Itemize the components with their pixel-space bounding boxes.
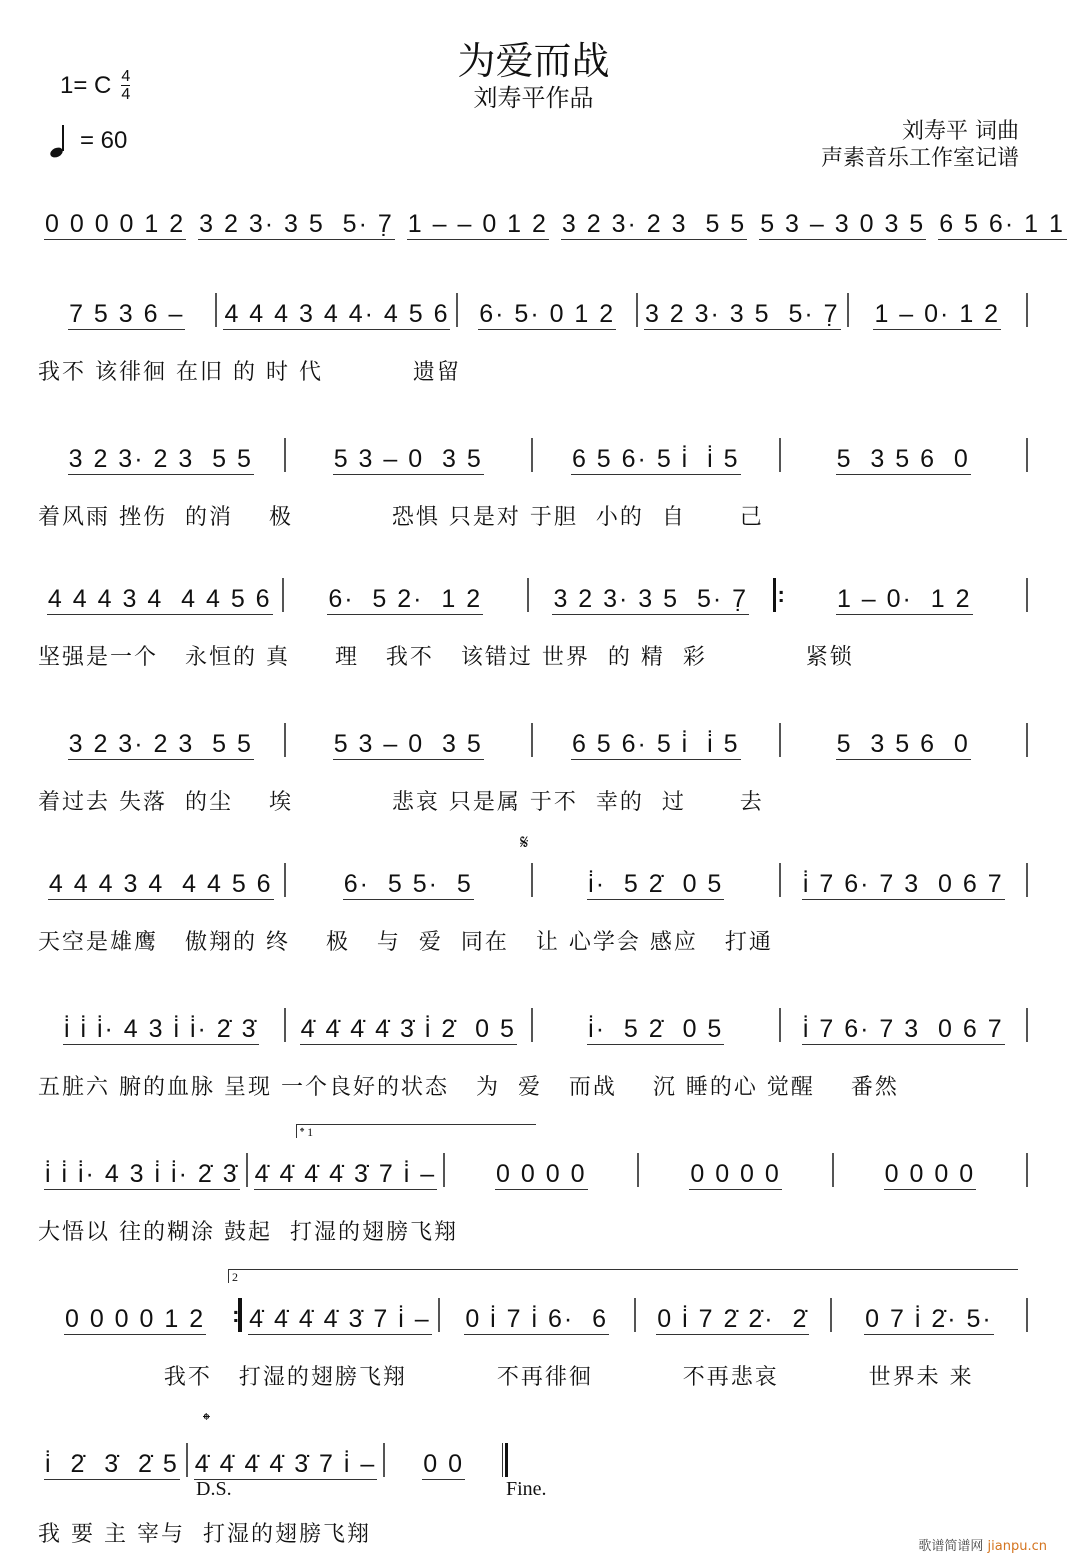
lyrics-line: 我 要 主 宰与 打湿的翅膀飞翔: [38, 1512, 508, 1552]
tempo-value: = 60: [80, 127, 127, 155]
measure: 0 0 0 0 1 2: [38, 200, 192, 240]
barline: [1026, 723, 1028, 757]
measure: 4̇ 4̇ 4̇ 4̇ 3̇ 7 i̇ –: [248, 1150, 444, 1190]
measure-notes: 0 i̇ 7 2̇ 2̇· 2̇: [656, 1304, 809, 1335]
measure-notes: i̇· 5 2̇ 0 5: [587, 1014, 724, 1045]
measure-notes: 4 4 4 3 4 4 4 5 6: [47, 584, 273, 615]
score-system: 0 0 0 0 1 24̇ 4̇ 4̇ 4̇ 3̇ 7 i̇ –0 i̇ 7 i…: [38, 1295, 1028, 1395]
measure-notes: 4̇ 4̇ 4̇ 4̇ 3̇ 7 i̇ –: [194, 1449, 378, 1480]
measure-notes: 6· 5· 0 1 2: [478, 299, 616, 330]
measure: 6 5 6· 5 i̇ i̇ 5: [533, 435, 779, 475]
lyrics-line: 着过去 失落 的尘 埃 悲哀 只是属 于不 幸的 过 去: [38, 780, 1028, 820]
lyrics-line: 我不 该徘徊 在旧 的 时 代 遗留: [38, 350, 1028, 390]
watermark: 歌谱简谱网 jianpu.cn: [918, 1535, 1047, 1554]
staff-line: 4 4 4 3 4 4 4 5 66· 5 5· 5i̇· 5 2̇ 0 5i̇…: [38, 860, 1028, 900]
measure: 0 7 i̇ 2̇· 5·: [832, 1295, 1026, 1335]
tempo-marking: = 60: [50, 125, 127, 157]
staff-line: i̇ 2̇ 3̇ 2̇ 54̇ 4̇ 4̇ 4̇ 3̇ 7 i̇ –0 0: [38, 1440, 508, 1480]
barline: [773, 578, 783, 612]
barline: [232, 1298, 242, 1332]
measure: 6· 5 2· 1 2: [284, 575, 528, 615]
staff-line: 4 4 4 3 4 4 4 5 66· 5 2· 1 23 2 3· 3 5 5…: [38, 575, 1028, 615]
staff-line: 7 5 3 6 –4 4 4 3 4 4· 4 5 66· 5· 0 1 23 …: [38, 290, 1028, 330]
barline: [1026, 863, 1028, 897]
measure: 4 4 4 3 4 4 4 5 6: [38, 860, 284, 900]
measure: 3 2 3· 3 5 5· 7̣: [638, 290, 847, 330]
score-system: i̇ i̇ i̇· 4 3 i̇ i̇· 2̇ 3̇4̇ 4̇ 4̇ 4̇ 3̇…: [38, 1150, 1028, 1250]
measure-notes: i̇ i̇ i̇· 4 3 i̇ i̇· 2̇ 3̇: [63, 1014, 259, 1045]
measure-notes: 6 5 6· 1 1 –: [938, 209, 1067, 240]
score-system: 4 4 4 3 4 4 4 5 66· 5 5· 5i̇· 5 2̇ 0 5i̇…: [38, 860, 1028, 960]
score-system: 3 2 3· 2 3 5 55 3 – 0 3 56 5 6· 5 i̇ i̇ …: [38, 435, 1028, 535]
measure-notes: 4 4 4 3 4 4 4 5 6: [48, 869, 274, 900]
measure-notes: i̇ 7 6· 7 3 0 6 7: [802, 1014, 1005, 1045]
barline: [1026, 438, 1028, 472]
fine-label: Fine.: [506, 1478, 547, 1501]
measure-notes: 4̇ 4̇ 4̇ 4̇ 3̇ 7 i̇ –: [248, 1304, 432, 1335]
staff-line: i̇ i̇ i̇· 4 3 i̇ i̇· 2̇ 3̇4̇ 4̇ 4̇ 4̇ 3̇…: [38, 1005, 1028, 1045]
measure-notes: 0 i̇ 7 i̇ 6· 6: [464, 1304, 609, 1335]
measure: 5 3 – 0 3 5: [286, 435, 532, 475]
measure-notes: 0 0: [422, 1449, 465, 1480]
measure: 0 0: [385, 1440, 502, 1480]
measure-notes: 1 – 0· 1 2: [836, 584, 973, 615]
measure: 7 5 3 6 –: [38, 290, 215, 330]
measure: 1 – – 0 1 2: [401, 200, 555, 240]
final-barline: [502, 1443, 508, 1477]
measure: 0 0 0 0: [639, 1150, 831, 1190]
measure-notes: i̇· 5 2̇ 0 5: [587, 869, 724, 900]
measure: 0 0 0 0 1 2: [38, 1295, 232, 1335]
measure: 4̇ 4̇ 4̇ 4̇ 3̇ i̇ 2̇ 0 5: [286, 1005, 532, 1045]
measure: 4̇ 4̇ 4̇ 4̇ 3̇ 7 i̇ –: [188, 1440, 384, 1480]
measure-notes: 1 – 0· 1 2: [873, 299, 1001, 330]
lyrics-line: 坚强是一个 永恒的 真 理 我不 该错过 世界 的 精 彩 紧锁: [38, 635, 1028, 675]
lyrics-line: 着风雨 挫伤 的消 极 恐惧 只是对 于胆 小的 自 己: [38, 495, 1028, 535]
measure: 6· 5· 0 1 2: [458, 290, 635, 330]
barline: [1026, 293, 1028, 327]
measure-notes: 5 3 – 0 3 5: [333, 729, 484, 760]
measure-notes: 3 2 3· 2 3 5 5: [561, 209, 747, 240]
score-system: i̇ i̇ i̇· 4 3 i̇ i̇· 2̇ 3̇4̇ 4̇ 4̇ 4̇ 3̇…: [38, 1005, 1028, 1105]
credit-composer: 刘寿平 词曲: [821, 118, 1019, 145]
measure: 4 4 4 3 4 4 4 5 6: [38, 575, 282, 615]
key-label: 1= C: [60, 72, 111, 100]
dal-segno-label: D.S.: [196, 1478, 232, 1501]
measure-notes: i̇ 7 6· 7 3 0 6 7: [802, 869, 1005, 900]
staff-line: i̇ i̇ i̇· 4 3 i̇ i̇· 2̇ 3̇4̇ 4̇ 4̇ 4̇ 3̇…: [38, 1150, 1028, 1190]
volta-bracket-1: 𝄌 1: [296, 1124, 536, 1138]
volta-bracket-2: 2: [228, 1269, 1018, 1283]
measure-notes: 7 5 3 6 –: [68, 299, 185, 330]
barline: [1026, 1008, 1028, 1042]
measure-notes: 4̇ 4̇ 4̇ 4̇ 3̇ 7 i̇ –: [254, 1159, 438, 1190]
measure: 3 2 3· 2 3 5 5: [38, 435, 284, 475]
lyrics-line: 我不 打湿的翅膀飞翔 不再徘徊 不再悲哀 世界未 来: [38, 1355, 1028, 1395]
measure-notes: 6· 5 2· 1 2: [327, 584, 483, 615]
measure-notes: 0 0 0 0: [689, 1159, 781, 1190]
barline: [1026, 1298, 1028, 1332]
time-signature: 4 4: [121, 68, 130, 103]
measure: 6 5 6· 5 i̇ i̇ 5: [533, 720, 779, 760]
measure-notes: 3 2 3· 3 5 5· 7̣: [552, 584, 749, 615]
measure: 3 2 3· 2 3 5 5: [38, 720, 284, 760]
measure: 5 3 5 6 0: [781, 720, 1027, 760]
measure: i̇ 7 6· 7 3 0 6 7: [781, 860, 1027, 900]
measure-notes: 0 0 0 0: [495, 1159, 587, 1190]
measure: i̇ i̇ i̇· 4 3 i̇ i̇· 2̇ 3̇: [38, 1005, 284, 1045]
barline: [1026, 1153, 1028, 1187]
measure: 0 i̇ 7 i̇ 6· 6: [440, 1295, 634, 1335]
measure-notes: 3 2 3· 2 3 5 5: [68, 729, 254, 760]
measure: 6 5 6· 1 1 –: [932, 200, 1067, 240]
staff-line: 0 0 0 0 1 24̇ 4̇ 4̇ 4̇ 3̇ 7 i̇ –0 i̇ 7 i…: [38, 1295, 1028, 1335]
measure: 5 3 – 0 3 5: [286, 720, 532, 760]
measure-notes: 0 7 i̇ 2̇· 5·: [864, 1304, 994, 1335]
measure-notes: 5 3 5 6 0: [836, 444, 971, 475]
credits: 刘寿平 词曲 声素音乐工作室记谱: [821, 118, 1019, 172]
coda-sign: 𝄌: [203, 1410, 210, 1433]
measure-notes: 6· 5 5· 5: [343, 869, 474, 900]
song-title: 为爱而战: [0, 30, 1067, 85]
measure-notes: 3 2 3· 3 5 5· 7̣: [644, 299, 841, 330]
measure: 0 i̇ 7 2̇ 2̇· 2̇: [636, 1295, 830, 1335]
measure-notes: 0 0 0 0 1 2: [64, 1304, 206, 1335]
staff-line: 3 2 3· 2 3 5 55 3 – 0 3 56 5 6· 5 i̇ i̇ …: [38, 435, 1028, 475]
lyrics-line: 大悟以 往的糊涂 鼓起 打湿的翅膀飞翔: [38, 1210, 1028, 1250]
score-system: 4 4 4 3 4 4 4 5 66· 5 2· 1 23 2 3· 3 5 5…: [38, 575, 1028, 675]
measure-notes: 1 – – 0 1 2: [407, 209, 549, 240]
measure-notes: 6 5 6· 5 i̇ i̇ 5: [571, 729, 741, 760]
measure: 3 2 3· 3 5 5· 7̣: [192, 200, 401, 240]
measure: 3 2 3· 2 3 5 5: [555, 200, 753, 240]
measure: 1 – 0· 1 2: [849, 290, 1026, 330]
measure: 5 3 5 6 0: [781, 435, 1027, 475]
measure-notes: i̇ i̇ i̇· 4 3 i̇ i̇· 2̇ 3̇: [44, 1159, 240, 1190]
measure-notes: 5 3 5 6 0: [836, 729, 971, 760]
measure: i̇· 5 2̇ 0 5: [533, 1005, 779, 1045]
measure-notes: 5 3 – 0 3 5: [333, 444, 484, 475]
staff-line: 0 0 0 0 1 23 2 3· 3 5 5· 7̣1 – – 0 1 23 …: [38, 200, 1028, 240]
measure: 4̇ 4̇ 4̇ 4̇ 3̇ 7 i̇ –: [242, 1295, 438, 1335]
credit-transcriber: 声素音乐工作室记谱: [821, 145, 1019, 172]
key-signature: 1= C 4 4: [60, 68, 130, 103]
measure: i̇ i̇ i̇· 4 3 i̇ i̇· 2̇ 3̇: [38, 1150, 246, 1190]
measure: i̇ 2̇ 3̇ 2̇ 5: [38, 1440, 186, 1480]
score-system: 0 0 0 0 1 23 2 3· 3 5 5· 7̣1 – – 0 1 23 …: [38, 200, 1028, 240]
measure: 3 2 3· 3 5 5· 7̣: [529, 575, 773, 615]
measure-notes: 4 4 4 3 4 4· 4 5 6: [223, 299, 450, 330]
measure: i̇· 5 2̇ 0 5: [533, 860, 779, 900]
barline: [1026, 578, 1028, 612]
measure-notes: 5 3 – 3 0 3 5: [759, 209, 926, 240]
watermark-domain: jianpu.cn: [988, 1539, 1047, 1554]
segno-sign: 𝄋: [520, 832, 529, 855]
measure-notes: 3 2 3· 3 5 5· 7̣: [198, 209, 395, 240]
quarter-note-icon: [50, 125, 64, 157]
measure-notes: i̇ 2̇ 3̇ 2̇ 5: [44, 1449, 180, 1480]
measure-notes: 0 0 0 0: [884, 1159, 976, 1190]
measure: i̇ 7 6· 7 3 0 6 7: [781, 1005, 1027, 1045]
score-system: i̇ 2̇ 3̇ 2̇ 54̇ 4̇ 4̇ 4̇ 3̇ 7 i̇ –0 0我 要…: [38, 1440, 508, 1552]
measure: 6· 5 5· 5: [286, 860, 532, 900]
measure: 0 0 0 0: [445, 1150, 637, 1190]
song-subtitle: 刘寿平作品: [0, 78, 1067, 113]
measure-notes: 6 5 6· 5 i̇ i̇ 5: [571, 444, 741, 475]
measure: 5 3 – 3 0 3 5: [753, 200, 932, 240]
lyrics-line: 天空是雄鹰 傲翔的 终 极 与 爱 同在 让 心学会 感应 打通: [38, 920, 1028, 960]
measure: 4 4 4 3 4 4· 4 5 6: [217, 290, 456, 330]
measure: 1 – 0· 1 2: [783, 575, 1027, 615]
score-system: 7 5 3 6 –4 4 4 3 4 4· 4 5 66· 5· 0 1 23 …: [38, 290, 1028, 390]
measure-notes: 3 2 3· 2 3 5 5: [68, 444, 254, 475]
measure: 0 0 0 0: [834, 1150, 1026, 1190]
score-system: 3 2 3· 2 3 5 55 3 – 0 3 56 5 6· 5 i̇ i̇ …: [38, 720, 1028, 820]
measure-notes: 4̇ 4̇ 4̇ 4̇ 3̇ i̇ 2̇ 0 5: [300, 1014, 517, 1045]
staff-line: 3 2 3· 2 3 5 55 3 – 0 3 56 5 6· 5 i̇ i̇ …: [38, 720, 1028, 760]
measure-notes: 0 0 0 0 1 2: [44, 209, 186, 240]
lyrics-line: 五脏六 腑的血脉 呈现 一个良好的状态 为 爱 而战 沉 睡的心 觉醒 番然: [38, 1065, 1028, 1105]
